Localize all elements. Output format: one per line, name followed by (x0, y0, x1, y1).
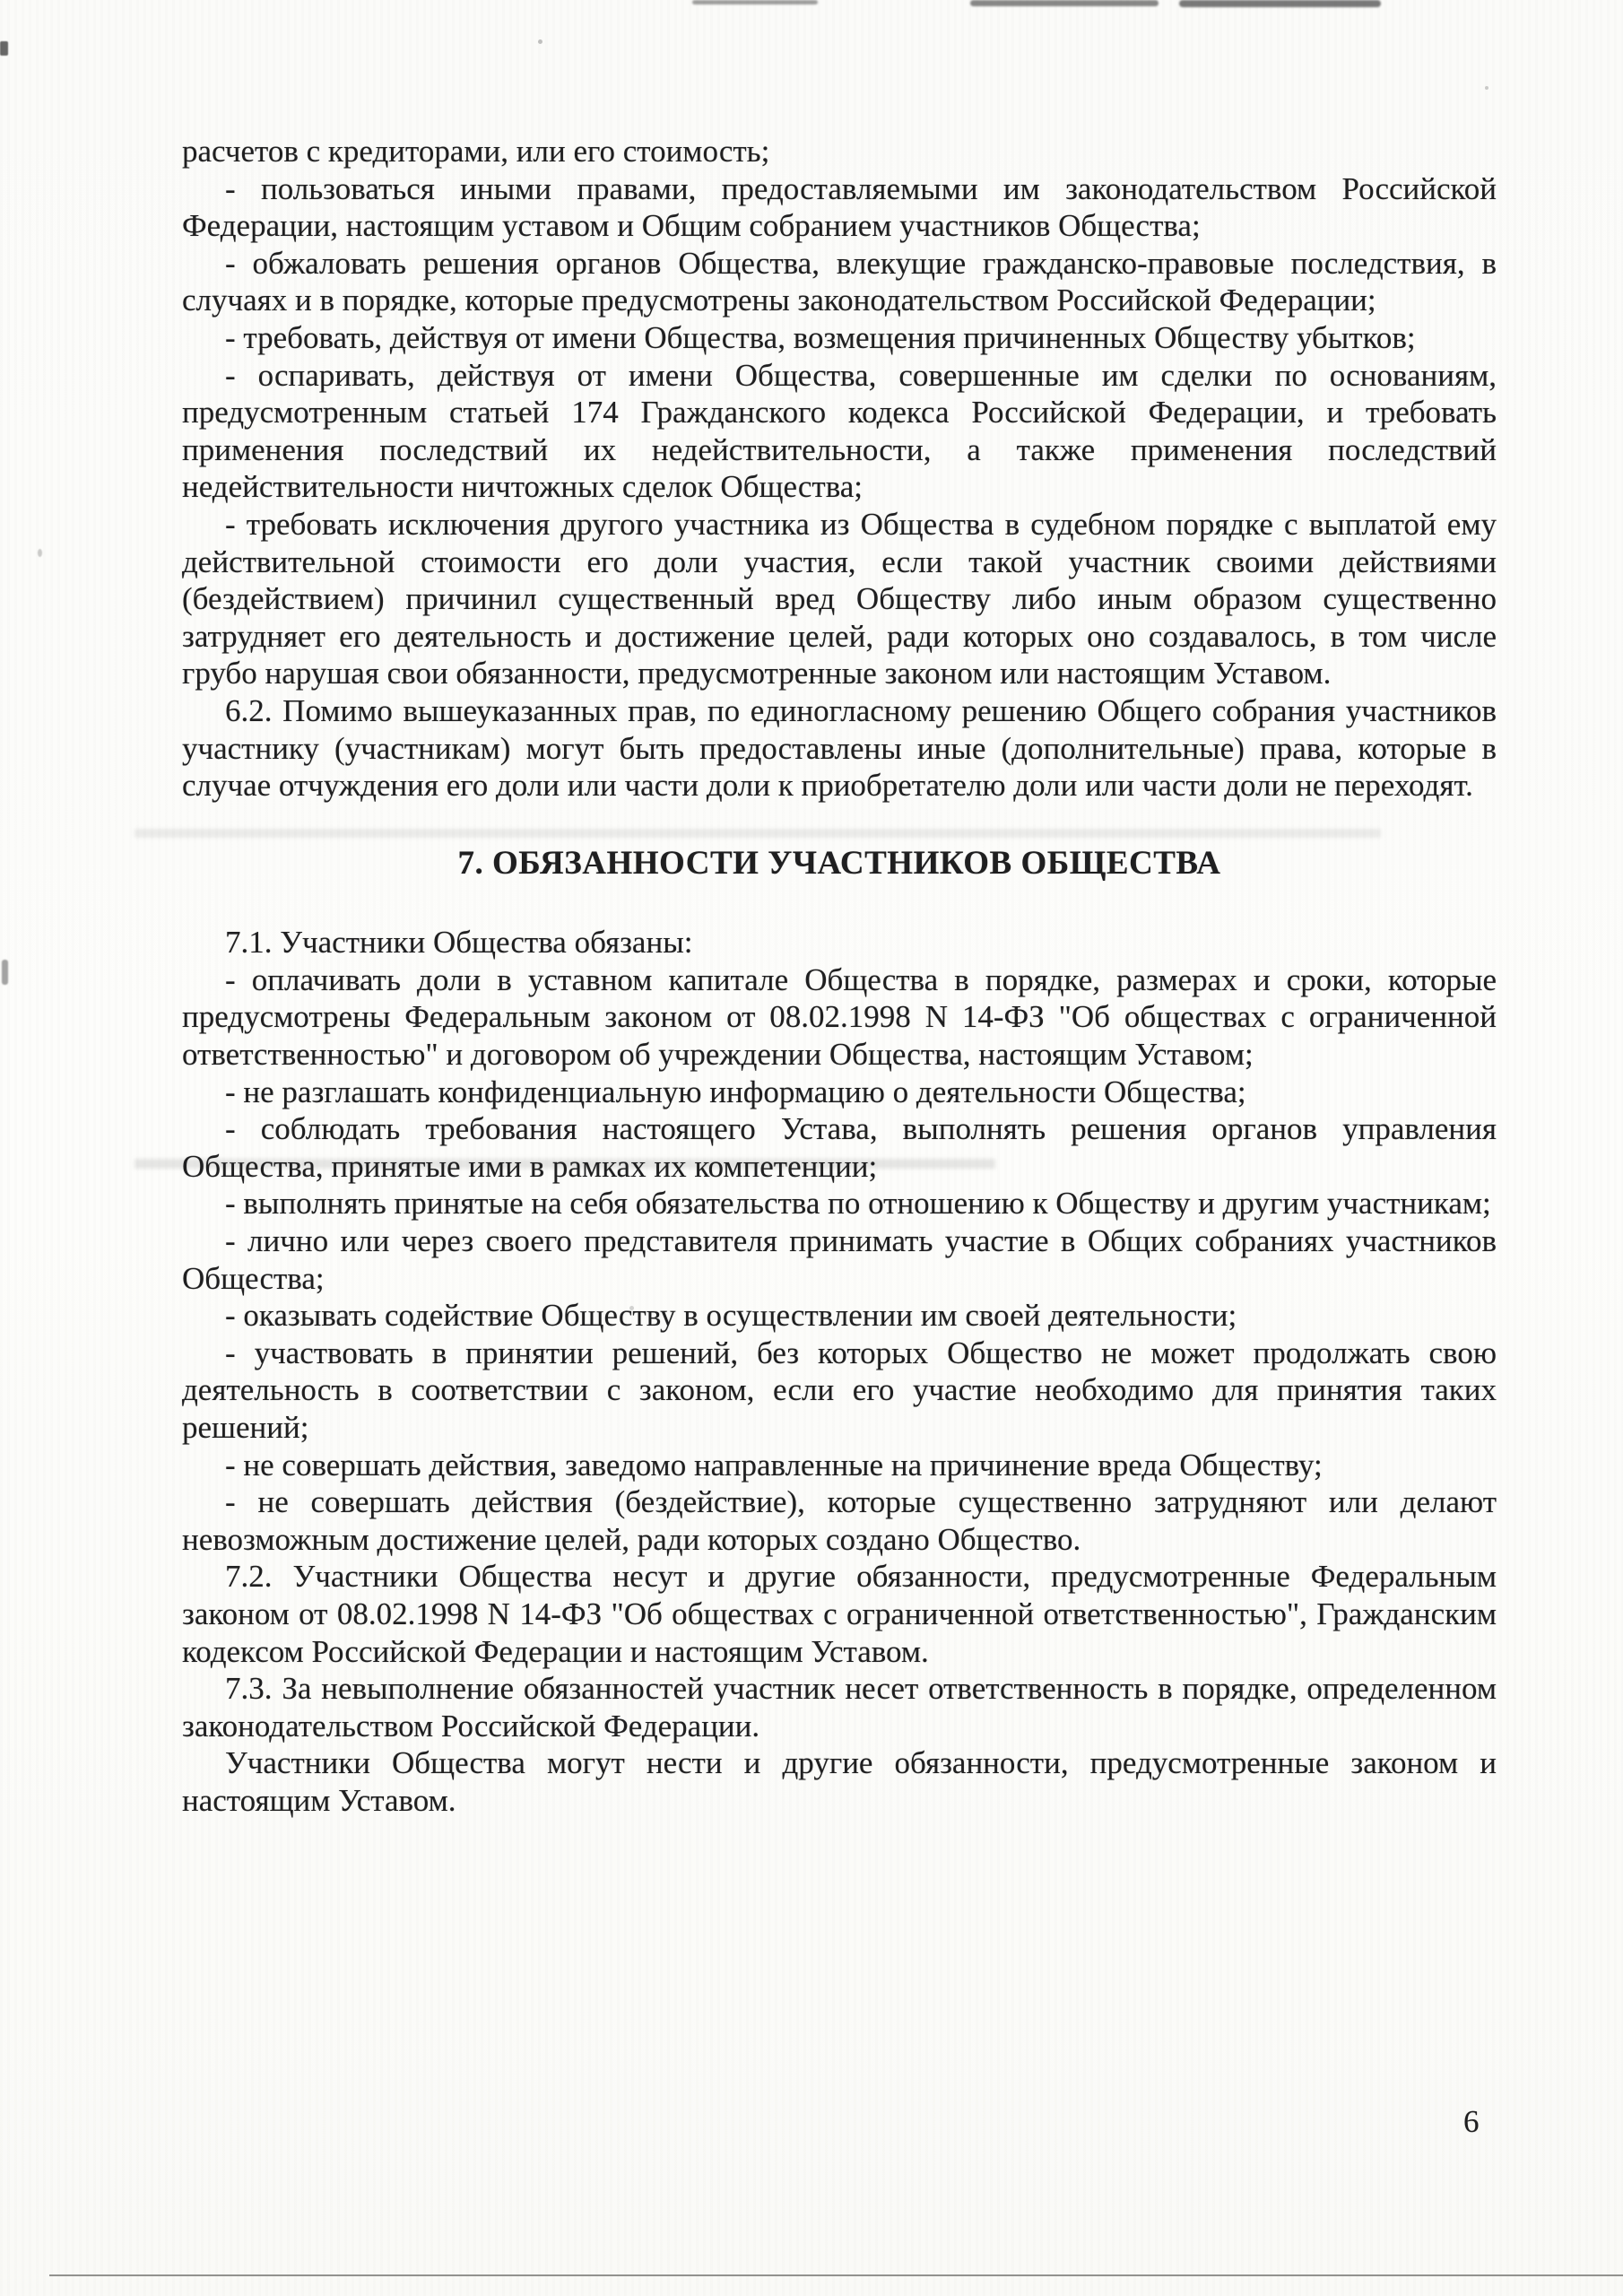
paragraph: - оспаривать, действуя от имени Общества… (182, 357, 1497, 506)
paragraph: - требовать, действуя от имени Общества,… (182, 319, 1497, 357)
scan-artifact-speck (1485, 86, 1488, 90)
paragraph: - участвовать в принятии решений, без ко… (182, 1335, 1497, 1447)
paragraph: 7.2. Участники Общества несут и другие о… (182, 1558, 1497, 1670)
paragraph: - соблюдать требования настоящего Устава… (182, 1110, 1497, 1185)
scanned-page: расчетов с кредиторами, или его стоимост… (0, 0, 1623, 2296)
scan-artifact-top-smudge (692, 0, 818, 4)
page-number: 6 (1463, 2104, 1480, 2140)
scan-artifact-edge-mark (0, 41, 8, 56)
scan-artifact-bottom-line (49, 2274, 1623, 2276)
scan-artifact-speck (538, 39, 542, 44)
paragraph: - требовать исключения другого участника… (182, 506, 1497, 692)
paragraph: - лично или через своего представителя п… (182, 1222, 1497, 1297)
paragraph: 7.3. За невыполнение обязанностей участн… (182, 1670, 1497, 1744)
paragraph: Участники Общества могут нести и другие … (182, 1744, 1497, 1819)
paragraph: расчетов с кредиторами, или его стоимост… (182, 133, 1497, 170)
paragraph: - не совершать действия (бездействие), к… (182, 1483, 1497, 1558)
paragraph: - оплачивать доли в уставном капитале Об… (182, 961, 1497, 1074)
scan-artifact-top-smudge (1179, 0, 1381, 7)
paragraph: 6.2. Помимо вышеуказанных прав, по едино… (182, 692, 1497, 804)
paragraph: - пользоваться иными правами, предоставл… (182, 170, 1497, 245)
paragraph: - обжаловать решения органов Общества, в… (182, 245, 1497, 319)
scan-artifact-top-smudge (970, 0, 1159, 6)
paragraph: 7.1. Участники Общества обязаны: (182, 924, 1497, 961)
document-text: расчетов с кредиторами, или его стоимост… (182, 133, 1497, 1820)
scan-artifact-edge-mark (2, 960, 8, 985)
paragraph: - не совершать действия, заведомо направ… (182, 1447, 1497, 1484)
scan-artifact-speck (38, 549, 42, 557)
paragraph: - выполнять принятые на себя обязательст… (182, 1185, 1497, 1222)
section-heading: 7. ОБЯЗАННОСТИ УЧАСТНИКОВ ОБЩЕСТВА (182, 845, 1497, 883)
paragraph: - оказывать содействие Обществу в осущес… (182, 1297, 1497, 1335)
paragraph: - не разглашать конфиденциальную информа… (182, 1074, 1497, 1111)
